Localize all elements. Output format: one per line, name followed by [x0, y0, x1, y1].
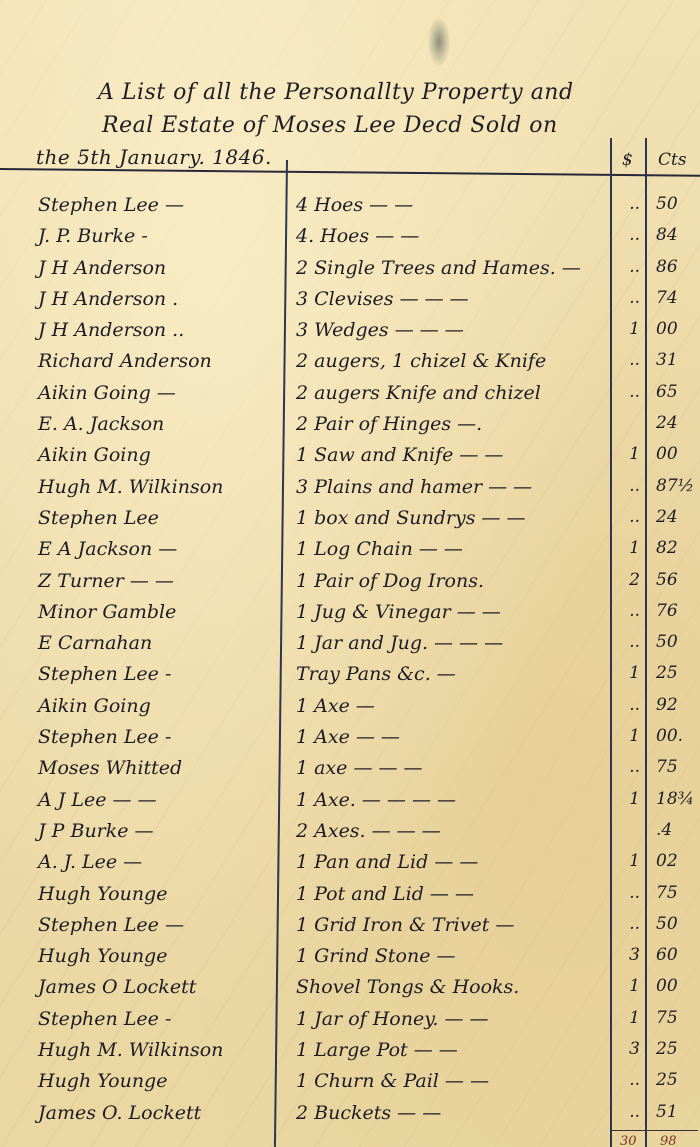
amount-cents: .4 [650, 820, 696, 840]
buyer-name: A J Lee — — [38, 789, 283, 811]
amount-dollars: .. [612, 1070, 644, 1090]
buyer-name: Richard Anderson [38, 350, 283, 372]
table-row: Stephen Lee -1 Jar of Honey. — —175 [0, 1008, 700, 1039]
amount-dollars: .. [612, 914, 644, 934]
amount-dollars: .. [612, 757, 644, 777]
amount-dollars: 1 [612, 319, 644, 339]
item-description: 2 Axes. — — — [296, 820, 606, 842]
amount-dollars: .. [612, 257, 644, 277]
table-row: E Carnahan1 Jar and Jug. — — —..50 [0, 632, 700, 663]
amount-dollars: .. [612, 476, 644, 496]
table-row: Stephen Lee -1 Axe — —100. [0, 726, 700, 757]
amount-cents: 02 [650, 851, 696, 871]
amount-dollars: 3 [612, 1039, 644, 1059]
amount-cents: 60 [650, 945, 696, 965]
buyer-name: E A Jackson — [38, 538, 283, 560]
document-title-date: the 5th January. 1846. [36, 145, 272, 169]
table-row: Hugh Younge1 Churn & Pail — —..25 [0, 1070, 700, 1101]
amount-dollars: 2 [612, 570, 644, 590]
amount-dollars: .. [612, 507, 644, 527]
table-row: Hugh Younge1 Grind Stone —360 [0, 945, 700, 976]
buyer-name: James O Lockett [38, 976, 283, 998]
buyer-name: Z Turner — — [38, 570, 283, 592]
dollars-column-header: $ [622, 150, 633, 170]
item-description: Shovel Tongs & Hooks. [296, 976, 606, 998]
item-description: 1 Grind Stone — [296, 945, 606, 967]
table-row: J H Anderson ..3 Wedges — — —100 [0, 319, 700, 350]
amount-dollars: 3 [612, 945, 644, 965]
amount-dollars: 1 [612, 538, 644, 558]
item-description: 1 Jar of Honey. — — [296, 1008, 606, 1030]
amount-cents: 50 [650, 632, 696, 652]
amount-cents: 18¾ [650, 789, 696, 809]
item-description: 1 Jug & Vinegar — — [296, 601, 606, 623]
amount-dollars: .. [612, 1102, 644, 1122]
buyer-name: Hugh M. Wilkinson [38, 1039, 283, 1061]
table-row: E A Jackson —1 Log Chain — —182 [0, 538, 700, 569]
buyer-name: Stephen Lee [38, 507, 283, 529]
buyer-name: J H Anderson [38, 257, 283, 279]
buyer-name: A. J. Lee — [38, 851, 283, 873]
item-description: 1 Grid Iron & Trivet — [296, 914, 606, 936]
table-row: James O LockettShovel Tongs & Hooks.100 [0, 976, 700, 1007]
item-description: Tray Pans &c. — [296, 663, 606, 685]
amount-dollars: .. [612, 632, 644, 652]
buyer-name: Hugh M. Wilkinson [38, 476, 283, 498]
item-description: 1 axe — — — [296, 757, 606, 779]
buyer-name: Hugh Younge [38, 945, 283, 967]
amount-dollars: .. [612, 350, 644, 370]
item-description: 3 Wedges — — — [296, 319, 606, 341]
cents-column-header: Cts [658, 150, 687, 170]
item-description: 1 Axe — [296, 695, 606, 717]
buyer-name: James O. Lockett [38, 1102, 283, 1124]
buyer-name: Aikin Going [38, 444, 283, 466]
amount-cents: 56 [650, 570, 696, 590]
buyer-name: J H Anderson . [38, 288, 283, 310]
table-row: Hugh M. Wilkinson3 Plains and hamer — —.… [0, 476, 700, 507]
buyer-name: Hugh Younge [38, 883, 283, 905]
amount-dollars: 1 [612, 789, 644, 809]
amount-cents: 31 [650, 350, 696, 370]
amount-dollars: .. [612, 288, 644, 308]
amount-cents: 24 [650, 413, 696, 433]
document-title-line-2: Real Estate of Moses Lee Decd Sold on [102, 113, 558, 138]
buyer-name: Aikin Going [38, 695, 283, 717]
item-description: 2 Buckets — — [296, 1102, 606, 1124]
amount-cents: 65 [650, 382, 696, 402]
amount-dollars: 1 [612, 726, 644, 746]
table-row: Stephen Lee —1 Grid Iron & Trivet —..50 [0, 914, 700, 945]
item-description: 1 box and Sundrys — — [296, 507, 606, 529]
amount-cents: 75 [650, 883, 696, 903]
buyer-name: J P Burke — [38, 820, 283, 842]
amount-dollars: .. [612, 695, 644, 715]
buyer-name: Minor Gamble [38, 601, 283, 623]
amount-dollars: 1 [612, 663, 644, 683]
amount-dollars: .. [612, 883, 644, 903]
amount-cents: 25 [650, 1070, 696, 1090]
amount-cents: 75 [650, 1008, 696, 1028]
table-row: Stephen Lee1 box and Sundrys — —..24 [0, 507, 700, 538]
amount-cents: 84 [650, 225, 696, 245]
table-row: Hugh Younge1 Pot and Lid — —..75 [0, 883, 700, 914]
item-description: 1 Large Pot — — [296, 1039, 606, 1061]
total-cents: 98 [660, 1134, 677, 1147]
item-description: 1 Axe. — — — — [296, 789, 606, 811]
amount-cents: 24 [650, 507, 696, 527]
table-row: Aikin Going1 Axe —..92 [0, 695, 700, 726]
amount-dollars: 1 [612, 1008, 644, 1028]
buyer-name: E Carnahan [38, 632, 283, 654]
buyer-name: Stephen Lee — [38, 194, 283, 216]
amount-cents: 00. [650, 726, 696, 746]
table-row: Stephen Lee -Tray Pans &c. —125 [0, 663, 700, 694]
amount-cents: 50 [650, 194, 696, 214]
table-row: J H Anderson2 Single Trees and Hames. —.… [0, 257, 700, 288]
total-rule [612, 1130, 698, 1131]
item-description: 3 Clevises — — — [296, 288, 606, 310]
table-row: J H Anderson .3 Clevises — — —..74 [0, 288, 700, 319]
amount-cents: 86 [650, 257, 696, 277]
item-description: 1 Pot and Lid — — [296, 883, 606, 905]
amount-dollars: .. [612, 601, 644, 621]
buyer-name: Aikin Going — [38, 382, 283, 404]
table-row: J. P. Burke -4. Hoes — —..84 [0, 225, 700, 256]
amount-cents: 87½ [650, 476, 696, 496]
amount-dollars: 1 [612, 851, 644, 871]
amount-dollars: 1 [612, 444, 644, 464]
amount-cents: 92 [650, 695, 696, 715]
amount-cents: 50 [650, 914, 696, 934]
total-dollars: 30 [620, 1134, 637, 1147]
item-description: 4. Hoes — — [296, 225, 606, 247]
table-row: Aikin Going1 Saw and Knife — —100 [0, 444, 700, 475]
buyer-name: Stephen Lee - [38, 726, 283, 748]
table-row: Richard Anderson2 augers, 1 chizel & Kni… [0, 350, 700, 381]
amount-cents: 82 [650, 538, 696, 558]
amount-dollars: .. [612, 194, 644, 214]
entry-list: Stephen Lee —4 Hoes — —..50J. P. Burke -… [0, 194, 700, 1133]
item-description: 4 Hoes — — [296, 194, 606, 216]
amount-cents: 00 [650, 444, 696, 464]
table-row: Hugh M. Wilkinson1 Large Pot — —325 [0, 1039, 700, 1070]
table-row: Z Turner — —1 Pair of Dog Irons.256 [0, 570, 700, 601]
buyer-name: Moses Whitted [38, 757, 283, 779]
table-row: E. A. Jackson2 Pair of Hinges —.24 [0, 413, 700, 444]
table-row: J P Burke —2 Axes. — — —.4 [0, 820, 700, 851]
amount-cents: 76 [650, 601, 696, 621]
amount-dollars: .. [612, 225, 644, 245]
amount-cents: 75 [650, 757, 696, 777]
table-row: A J Lee — —1 Axe. — — — —118¾ [0, 789, 700, 820]
item-description: 2 augers Knife and chizel [296, 382, 606, 404]
item-description: 1 Jar and Jug. — — — [296, 632, 606, 654]
buyer-name: Stephen Lee - [38, 663, 283, 685]
item-description: 1 Axe — — [296, 726, 606, 748]
item-description: 2 Single Trees and Hames. — [296, 257, 606, 279]
item-description: 1 Saw and Knife — — [296, 444, 606, 466]
buyer-name: J. P. Burke - [38, 225, 283, 247]
document-title-line-1: A List of all the Personallty Property a… [98, 80, 574, 105]
item-description: 2 Pair of Hinges —. [296, 413, 606, 435]
table-row: James O. Lockett2 Buckets — —..51 [0, 1102, 700, 1133]
table-row: A. J. Lee —1 Pan and Lid — —102 [0, 851, 700, 882]
buyer-name: Stephen Lee — [38, 914, 283, 936]
item-description: 3 Plains and hamer — — [296, 476, 606, 498]
amount-cents: 51 [650, 1102, 696, 1122]
item-description: 1 Log Chain — — [296, 538, 606, 560]
item-description: 2 augers, 1 chizel & Knife [296, 350, 606, 372]
amount-cents: 00 [650, 976, 696, 996]
table-row: Stephen Lee —4 Hoes — —..50 [0, 194, 700, 225]
table-row: Minor Gamble1 Jug & Vinegar — —..76 [0, 601, 700, 632]
item-description: 1 Pair of Dog Irons. [296, 570, 606, 592]
buyer-name: Stephen Lee - [38, 1008, 283, 1030]
buyer-name: Hugh Younge [38, 1070, 283, 1092]
item-description: 1 Churn & Pail — — [296, 1070, 606, 1092]
item-description: 1 Pan and Lid — — [296, 851, 606, 873]
amount-cents: 25 [650, 663, 696, 683]
buyer-name: E. A. Jackson [38, 413, 283, 435]
amount-cents: 00 [650, 319, 696, 339]
amount-cents: 74 [650, 288, 696, 308]
amount-cents: 25 [650, 1039, 696, 1059]
table-row: Moses Whitted1 axe — — —..75 [0, 757, 700, 788]
ink-blot [428, 18, 450, 66]
amount-dollars: .. [612, 382, 644, 402]
table-row: Aikin Going —2 augers Knife and chizel..… [0, 382, 700, 413]
buyer-name: J H Anderson .. [38, 319, 283, 341]
amount-dollars: 1 [612, 976, 644, 996]
